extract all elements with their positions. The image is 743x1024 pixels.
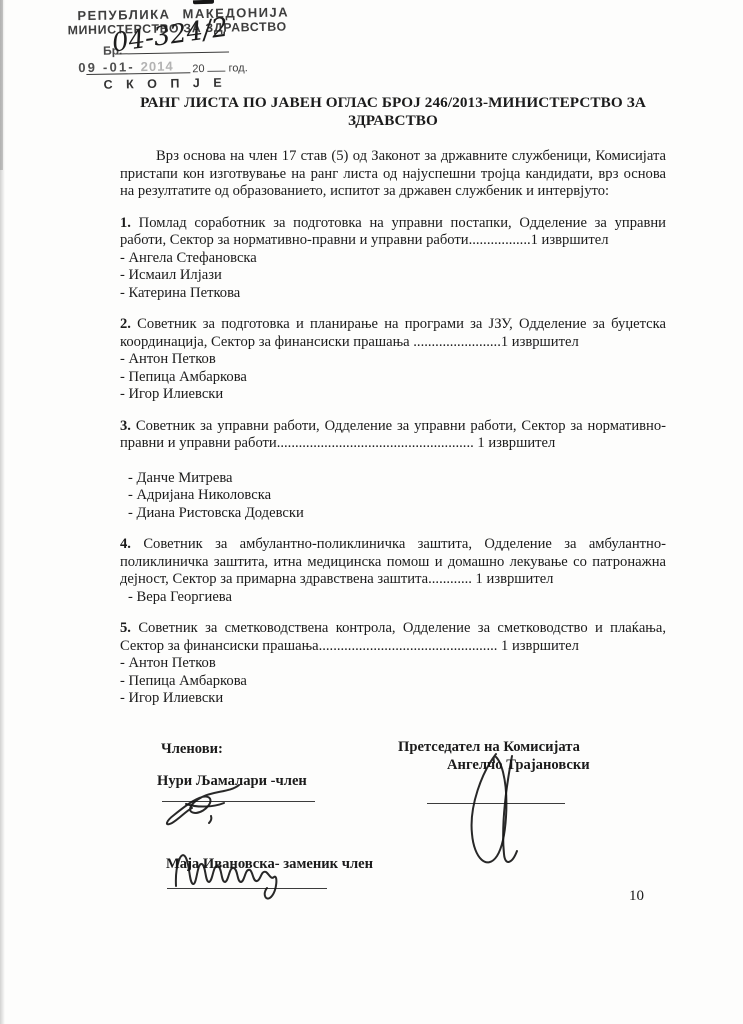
position-item-5: 5. Советник за сметководствена контрола,… xyxy=(120,620,666,708)
position-item-2: 2. Советник за подготовка и планирање на… xyxy=(120,316,666,404)
ministry-registry-stamp: РЕПУБЛИКА МАКЕДОНИЈА МИНИСТЕРСТВО ЗА ЗДР… xyxy=(67,4,338,97)
item-text: Советник за управни работи, Одделение за… xyxy=(120,418,666,452)
item-heading: 5. Советник за сметководствена контрола,… xyxy=(120,620,666,655)
member2-signature-line xyxy=(167,888,327,889)
candidate-name: - Данче Митрева xyxy=(128,470,666,488)
candidate-list: - Данче Митрева - Адријана Николовска - … xyxy=(120,470,666,523)
item-number: 4. xyxy=(120,536,131,552)
member1-signature-line xyxy=(162,801,315,802)
candidate-name: - Игор Илиевски xyxy=(120,386,666,404)
position-item-1: 1. Помлад соработник за подготовка на уп… xyxy=(120,215,666,303)
president-signature-line xyxy=(427,803,565,804)
president-label: Претседател на Комисијата xyxy=(398,739,580,756)
candidate-list: - Антон Петков - Пепица Амбаркова - Игор… xyxy=(120,655,666,708)
candidate-name: - Исмаил Илјази xyxy=(120,267,666,285)
year-prefix: 20 xyxy=(192,63,204,75)
candidate-name: - Ангела Стефановска xyxy=(120,250,666,268)
candidate-name: - Вера Георгиева xyxy=(128,589,666,607)
item-text: Советник за амбулантно-поликлиничка зашт… xyxy=(120,536,666,587)
page-number: 10 xyxy=(629,888,644,905)
item-number: 1. xyxy=(120,215,131,231)
candidate-name: - Антон Петков xyxy=(120,655,666,673)
item-heading: 3. Советник за управни работи, Одделение… xyxy=(120,418,666,453)
item-number: 5. xyxy=(120,620,131,636)
item-heading: 1. Помлад соработник за подготовка на уп… xyxy=(120,215,666,250)
candidate-name: - Игор Илиевски xyxy=(120,690,666,708)
candidate-list: - Антон Петков - Пепица Амбаркова - Игор… xyxy=(120,351,666,404)
scan-edge-artifact-top xyxy=(0,0,3,170)
candidate-name: - Антон Петков xyxy=(120,351,666,369)
stamp-emblem-mark xyxy=(193,0,214,4)
blank-line xyxy=(120,453,666,470)
candidate-name: - Диана Ристовска Додевски xyxy=(128,505,666,523)
candidate-list: - Ангела Стефановска - Исмаил Илјази - К… xyxy=(120,250,666,303)
position-item-3: 3. Советник за управни работи, Одделение… xyxy=(120,418,666,523)
candidate-name: - Пепица Амбаркова xyxy=(120,369,666,387)
item-text: Помлад соработник за подготовка на управ… xyxy=(120,215,666,249)
candidate-list: - Вера Георгиева xyxy=(120,589,666,607)
item-heading: 2. Советник за подготовка и планирање на… xyxy=(120,316,666,351)
document-body: РАНГ ЛИСТА ПО ЈАВЕН ОГЛАС БРОЈ 246/2013-… xyxy=(120,90,666,708)
members-label: Членови: xyxy=(161,741,223,758)
member1-signature-scribble xyxy=(167,785,239,824)
president-name: Ангелчо Трајановски xyxy=(447,757,590,774)
candidate-name: - Катерина Петкова xyxy=(120,285,666,303)
year-blank-row: 20год. xyxy=(192,61,248,75)
item-number: 3. xyxy=(120,418,131,434)
intro-paragraph: Врз основа на член 17 став (5) од Законо… xyxy=(120,148,666,201)
member1-name: Нури Љамалари -член xyxy=(157,773,307,790)
scanned-document-page: РЕПУБЛИКА МАКЕДОНИЈА МИНИСТЕРСТВО ЗА ЗДР… xyxy=(0,0,743,1024)
member2-name: Маја Ивановска- заменик член xyxy=(166,856,373,873)
document-title: РАНГ ЛИСТА ПО ЈАВЕН ОГЛАС БРОЈ 246/2013-… xyxy=(120,94,666,129)
item-text: Советник за сметководствена контрола, Од… xyxy=(120,620,666,654)
candidate-name: - Пепица Амбаркова xyxy=(120,673,666,691)
year-blank-line xyxy=(207,62,225,72)
item-heading: 4. Советник за амбулантно-поликлиничка з… xyxy=(120,536,666,589)
item-text: Советник за подготовка и планирање на пр… xyxy=(120,316,666,350)
year-suffix: год. xyxy=(228,62,247,74)
position-item-4: 4. Советник за амбулантно-поликлиничка з… xyxy=(120,536,666,606)
item-number: 2. xyxy=(120,316,131,332)
candidate-name: - Адријана Николовска xyxy=(128,487,666,505)
